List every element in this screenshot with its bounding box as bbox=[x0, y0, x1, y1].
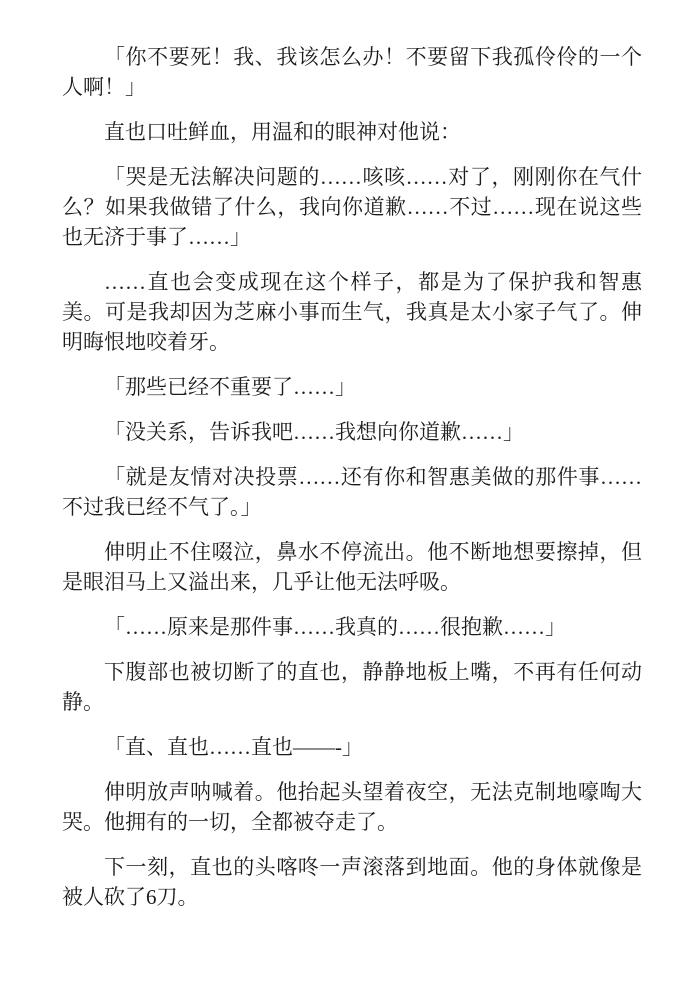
paragraph-3: 「哭是无法解决问题的……咳咳……对了，刚刚你在气什么？如果我做错了什么，我向你道… bbox=[62, 162, 642, 252]
paragraph-11: 「直、直也……直也——-」 bbox=[62, 732, 642, 762]
text-block: 「你不要死！我、我该怎么办！不要留下我孤伶伶的一个人啊！」 直也口吐鲜血，用温和… bbox=[62, 42, 642, 927]
paragraph-4: ……直也会变成现在这个样子，都是为了保护我和智惠美。可是我却因为芝麻小事而生气，… bbox=[62, 267, 642, 357]
paragraph-12: 伸明放声呐喊着。他抬起头望着夜空，无法克制地嚎啕大哭。他拥有的一切，全都被夺走了… bbox=[62, 777, 642, 837]
paragraph-13: 下一刻，直也的头喀咚一声滚落到地面。他的身体就像是被人砍了6刀。 bbox=[62, 852, 642, 912]
paragraph-10: 下腹部也被切断了的直也，静静地板上嘴，不再有任何动静。 bbox=[62, 657, 642, 717]
paragraph-2: 直也口吐鲜血，用温和的眼神对他说： bbox=[62, 117, 642, 147]
paragraph-5: 「那些已经不重要了……」 bbox=[62, 372, 642, 402]
paragraph-8: 伸明止不住啜泣，鼻水不停流出。他不断地想要擦掉，但是眼泪马上又溢出来，几乎让他无… bbox=[62, 537, 642, 597]
paragraph-1: 「你不要死！我、我该怎么办！不要留下我孤伶伶的一个人啊！」 bbox=[62, 42, 642, 102]
paragraph-9: 「……原来是那件事……我真的……很抱歉……」 bbox=[62, 612, 642, 642]
paragraph-7: 「就是友情对决投票……还有你和智惠美做的那件事……不过我已经不气了。」 bbox=[62, 462, 642, 522]
book-page: 「你不要死！我、我该怎么办！不要留下我孤伶伶的一个人啊！」 直也口吐鲜血，用温和… bbox=[0, 0, 700, 992]
paragraph-6: 「没关系，告诉我吧……我想向你道歉……」 bbox=[62, 417, 642, 447]
